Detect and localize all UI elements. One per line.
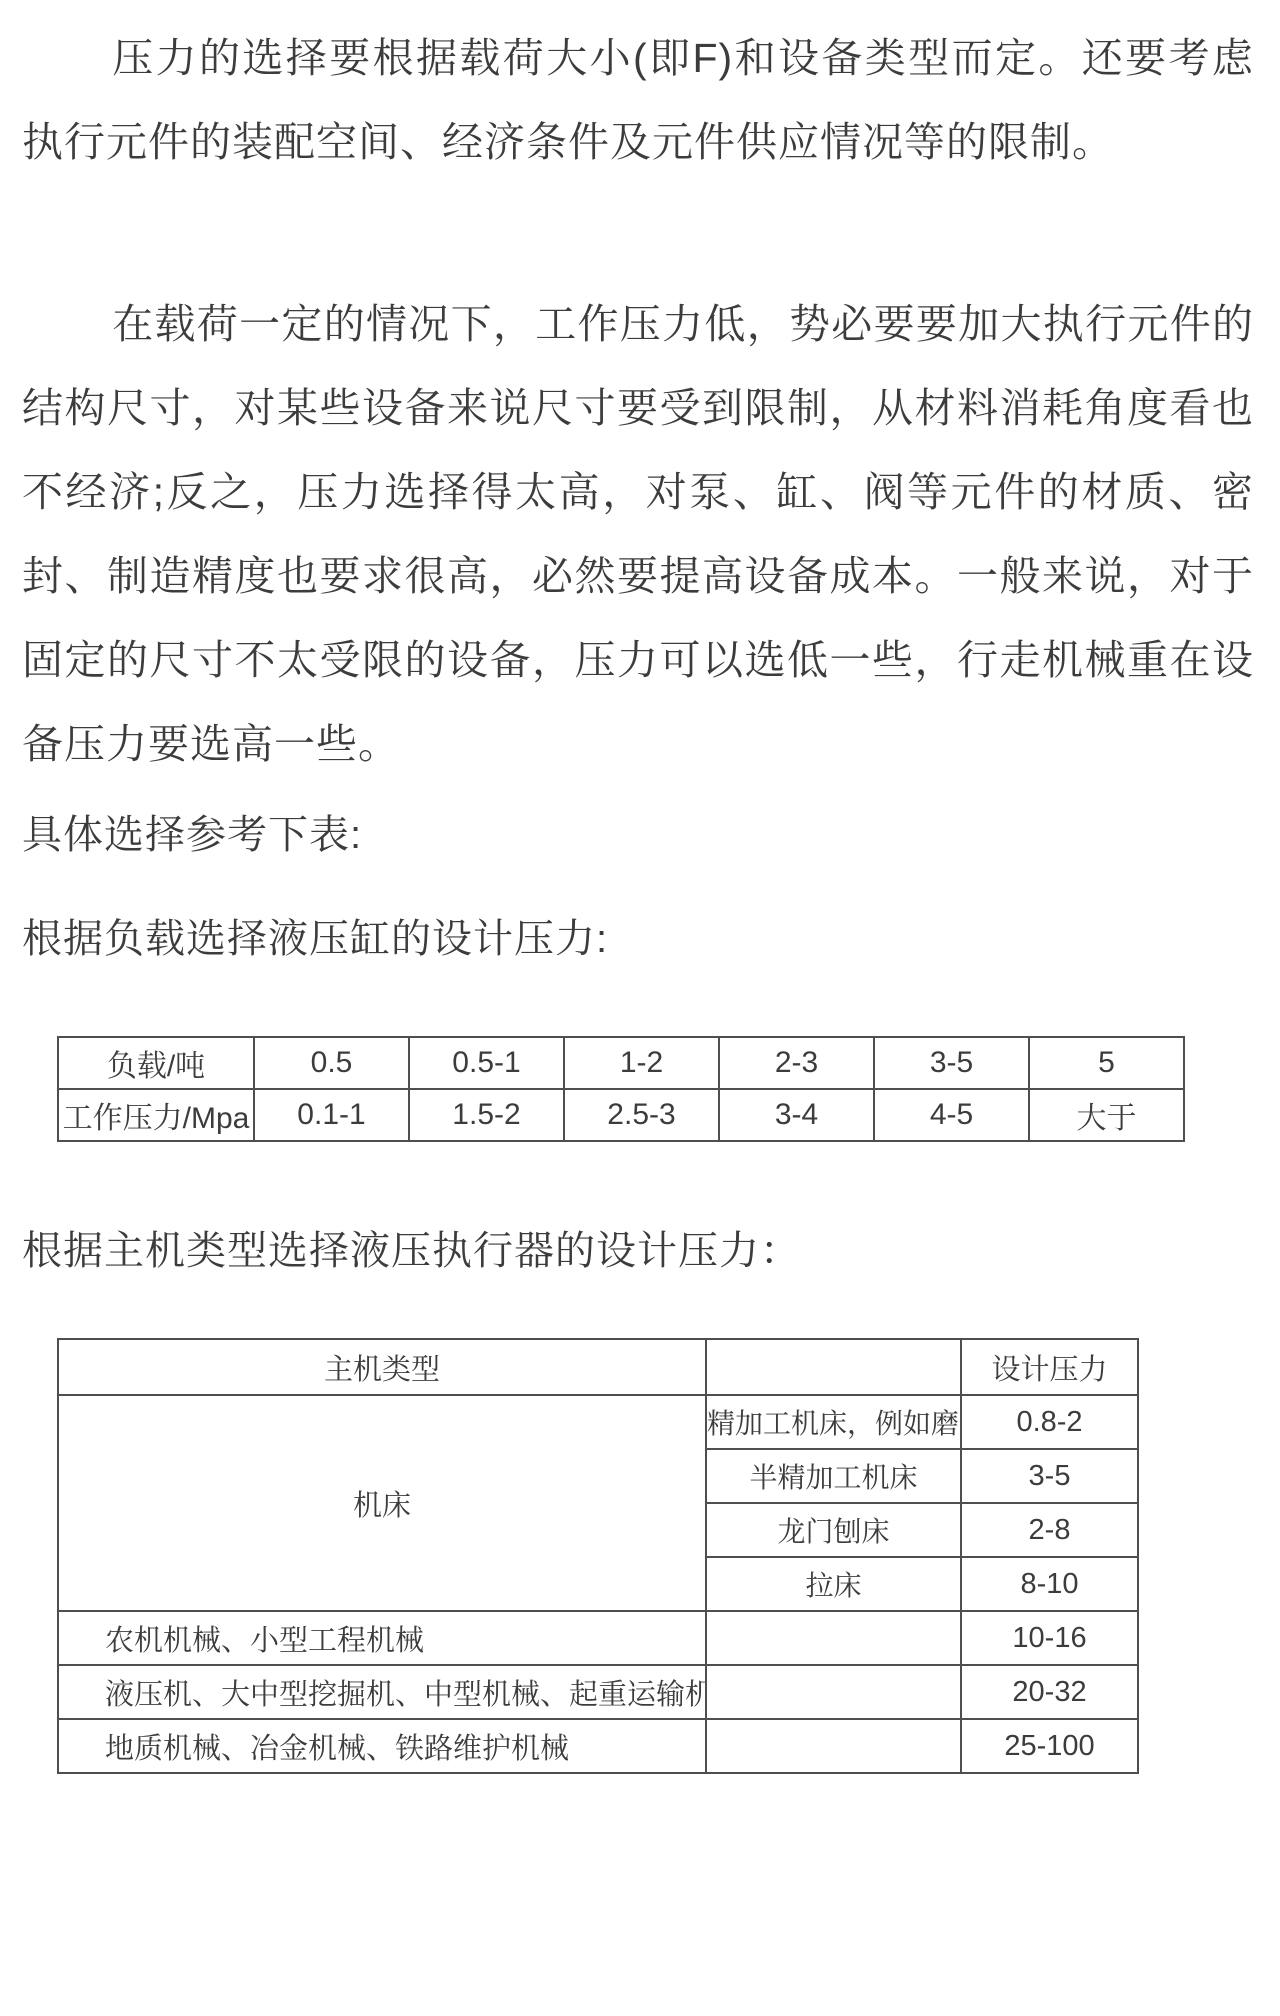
machine-subtype-cell [706, 1665, 961, 1719]
load-value-cell: 0.5 [254, 1037, 409, 1089]
design-pressure-header-cell: 设计压力 [961, 1339, 1138, 1395]
pressure-value-cell: 0.1-1 [254, 1089, 409, 1141]
design-pressure-cell: 3-5 [961, 1449, 1138, 1503]
pressure-value-cell: 大于 [1029, 1089, 1184, 1141]
machine-subtype-cell [706, 1611, 961, 1665]
load-table-row-load: 负载/吨 0.5 0.5-1 1-2 2-3 3-5 5 [58, 1037, 1184, 1089]
machine-type-header-cell: 主机类型 [58, 1339, 706, 1395]
machine-group-cell: 机床 [58, 1395, 706, 1611]
machine-table-row: 机床 精加工机床，例如磨床 0.8-2 [58, 1395, 1138, 1449]
document-page: 压力的选择要根据载荷大小(即F)和设备类型而定。还要考虑执行元件的装配空间、经济… [0, 0, 1280, 2016]
pressure-value-cell: 1.5-2 [409, 1089, 564, 1141]
load-value-cell: 5 [1029, 1037, 1184, 1089]
load-value-cell: 1-2 [564, 1037, 719, 1089]
machine-subtype-cell [706, 1719, 961, 1773]
machine-subtype-cell: 半精加工机床 [706, 1449, 961, 1503]
design-pressure-cell: 20-32 [961, 1665, 1138, 1719]
machine-subtype-cell: 拉床 [706, 1557, 961, 1611]
text-column: 压力的选择要根据载荷大小(即F)和设备类型而定。还要考虑执行元件的装配空间、经济… [0, 0, 1280, 962]
paragraph-load-tradeoff: 在载荷一定的情况下，工作压力低，势必要要加大执行元件的结构尺寸，对某些设备来说尺… [22, 282, 1254, 786]
pressure-value-cell: 2.5-3 [564, 1089, 719, 1141]
machine-subtype-cell: 精加工机床，例如磨床 [706, 1395, 961, 1449]
text-column-2: 根据主机类型选择液压执行器的设计压力： [0, 1228, 1280, 1274]
machine-subtype-header-cell [706, 1339, 961, 1395]
load-table-row-pressure: 工作压力/Mpa 0.1-1 1.5-2 2.5-3 3-4 4-5 大于 [58, 1089, 1184, 1141]
machine-pressure-table: 主机类型 设计压力 机床 精加工机床，例如磨床 0.8-2 半精加工机床 3-5… [57, 1338, 1139, 1774]
load-header-cell: 负载/吨 [58, 1037, 254, 1089]
design-pressure-cell: 2-8 [961, 1503, 1138, 1557]
design-pressure-cell: 8-10 [961, 1557, 1138, 1611]
caption-table-hint: 具体选择参考下表: [22, 812, 1254, 858]
load-pressure-table: 负载/吨 0.5 0.5-1 1-2 2-3 3-5 5 工作压力/Mpa 0.… [57, 1036, 1185, 1142]
paragraph-pressure-selection: 压力的选择要根据载荷大小(即F)和设备类型而定。还要考虑执行元件的装配空间、经济… [22, 0, 1254, 184]
machine-table-row: 液压机、大中型挖掘机、中型机械、起重运输机械 20-32 [58, 1665, 1138, 1719]
design-pressure-cell: 10-16 [961, 1611, 1138, 1665]
pressure-header-cell: 工作压力/Mpa [58, 1089, 254, 1141]
pressure-value-cell: 3-4 [719, 1089, 874, 1141]
machine-table-row: 农机机械、小型工程机械 10-16 [58, 1611, 1138, 1665]
machine-table-header-row: 主机类型 设计压力 [58, 1339, 1138, 1395]
machine-type-cell: 农机机械、小型工程机械 [58, 1611, 706, 1665]
machine-type-cell: 地质机械、冶金机械、铁路维护机械 [58, 1719, 706, 1773]
caption-load-table-title: 根据负载选择液压缸的设计压力: [22, 916, 1254, 962]
caption-machine-table-title: 根据主机类型选择液压执行器的设计压力： [22, 1228, 1254, 1274]
load-value-cell: 2-3 [719, 1037, 874, 1089]
load-value-cell: 3-5 [874, 1037, 1029, 1089]
machine-type-cell: 液压机、大中型挖掘机、中型机械、起重运输机械 [58, 1665, 706, 1719]
design-pressure-cell: 25-100 [961, 1719, 1138, 1773]
load-value-cell: 0.5-1 [409, 1037, 564, 1089]
machine-subtype-cell: 龙门刨床 [706, 1503, 961, 1557]
machine-table-row: 地质机械、冶金机械、铁路维护机械 25-100 [58, 1719, 1138, 1773]
pressure-value-cell: 4-5 [874, 1089, 1029, 1141]
design-pressure-cell: 0.8-2 [961, 1395, 1138, 1449]
